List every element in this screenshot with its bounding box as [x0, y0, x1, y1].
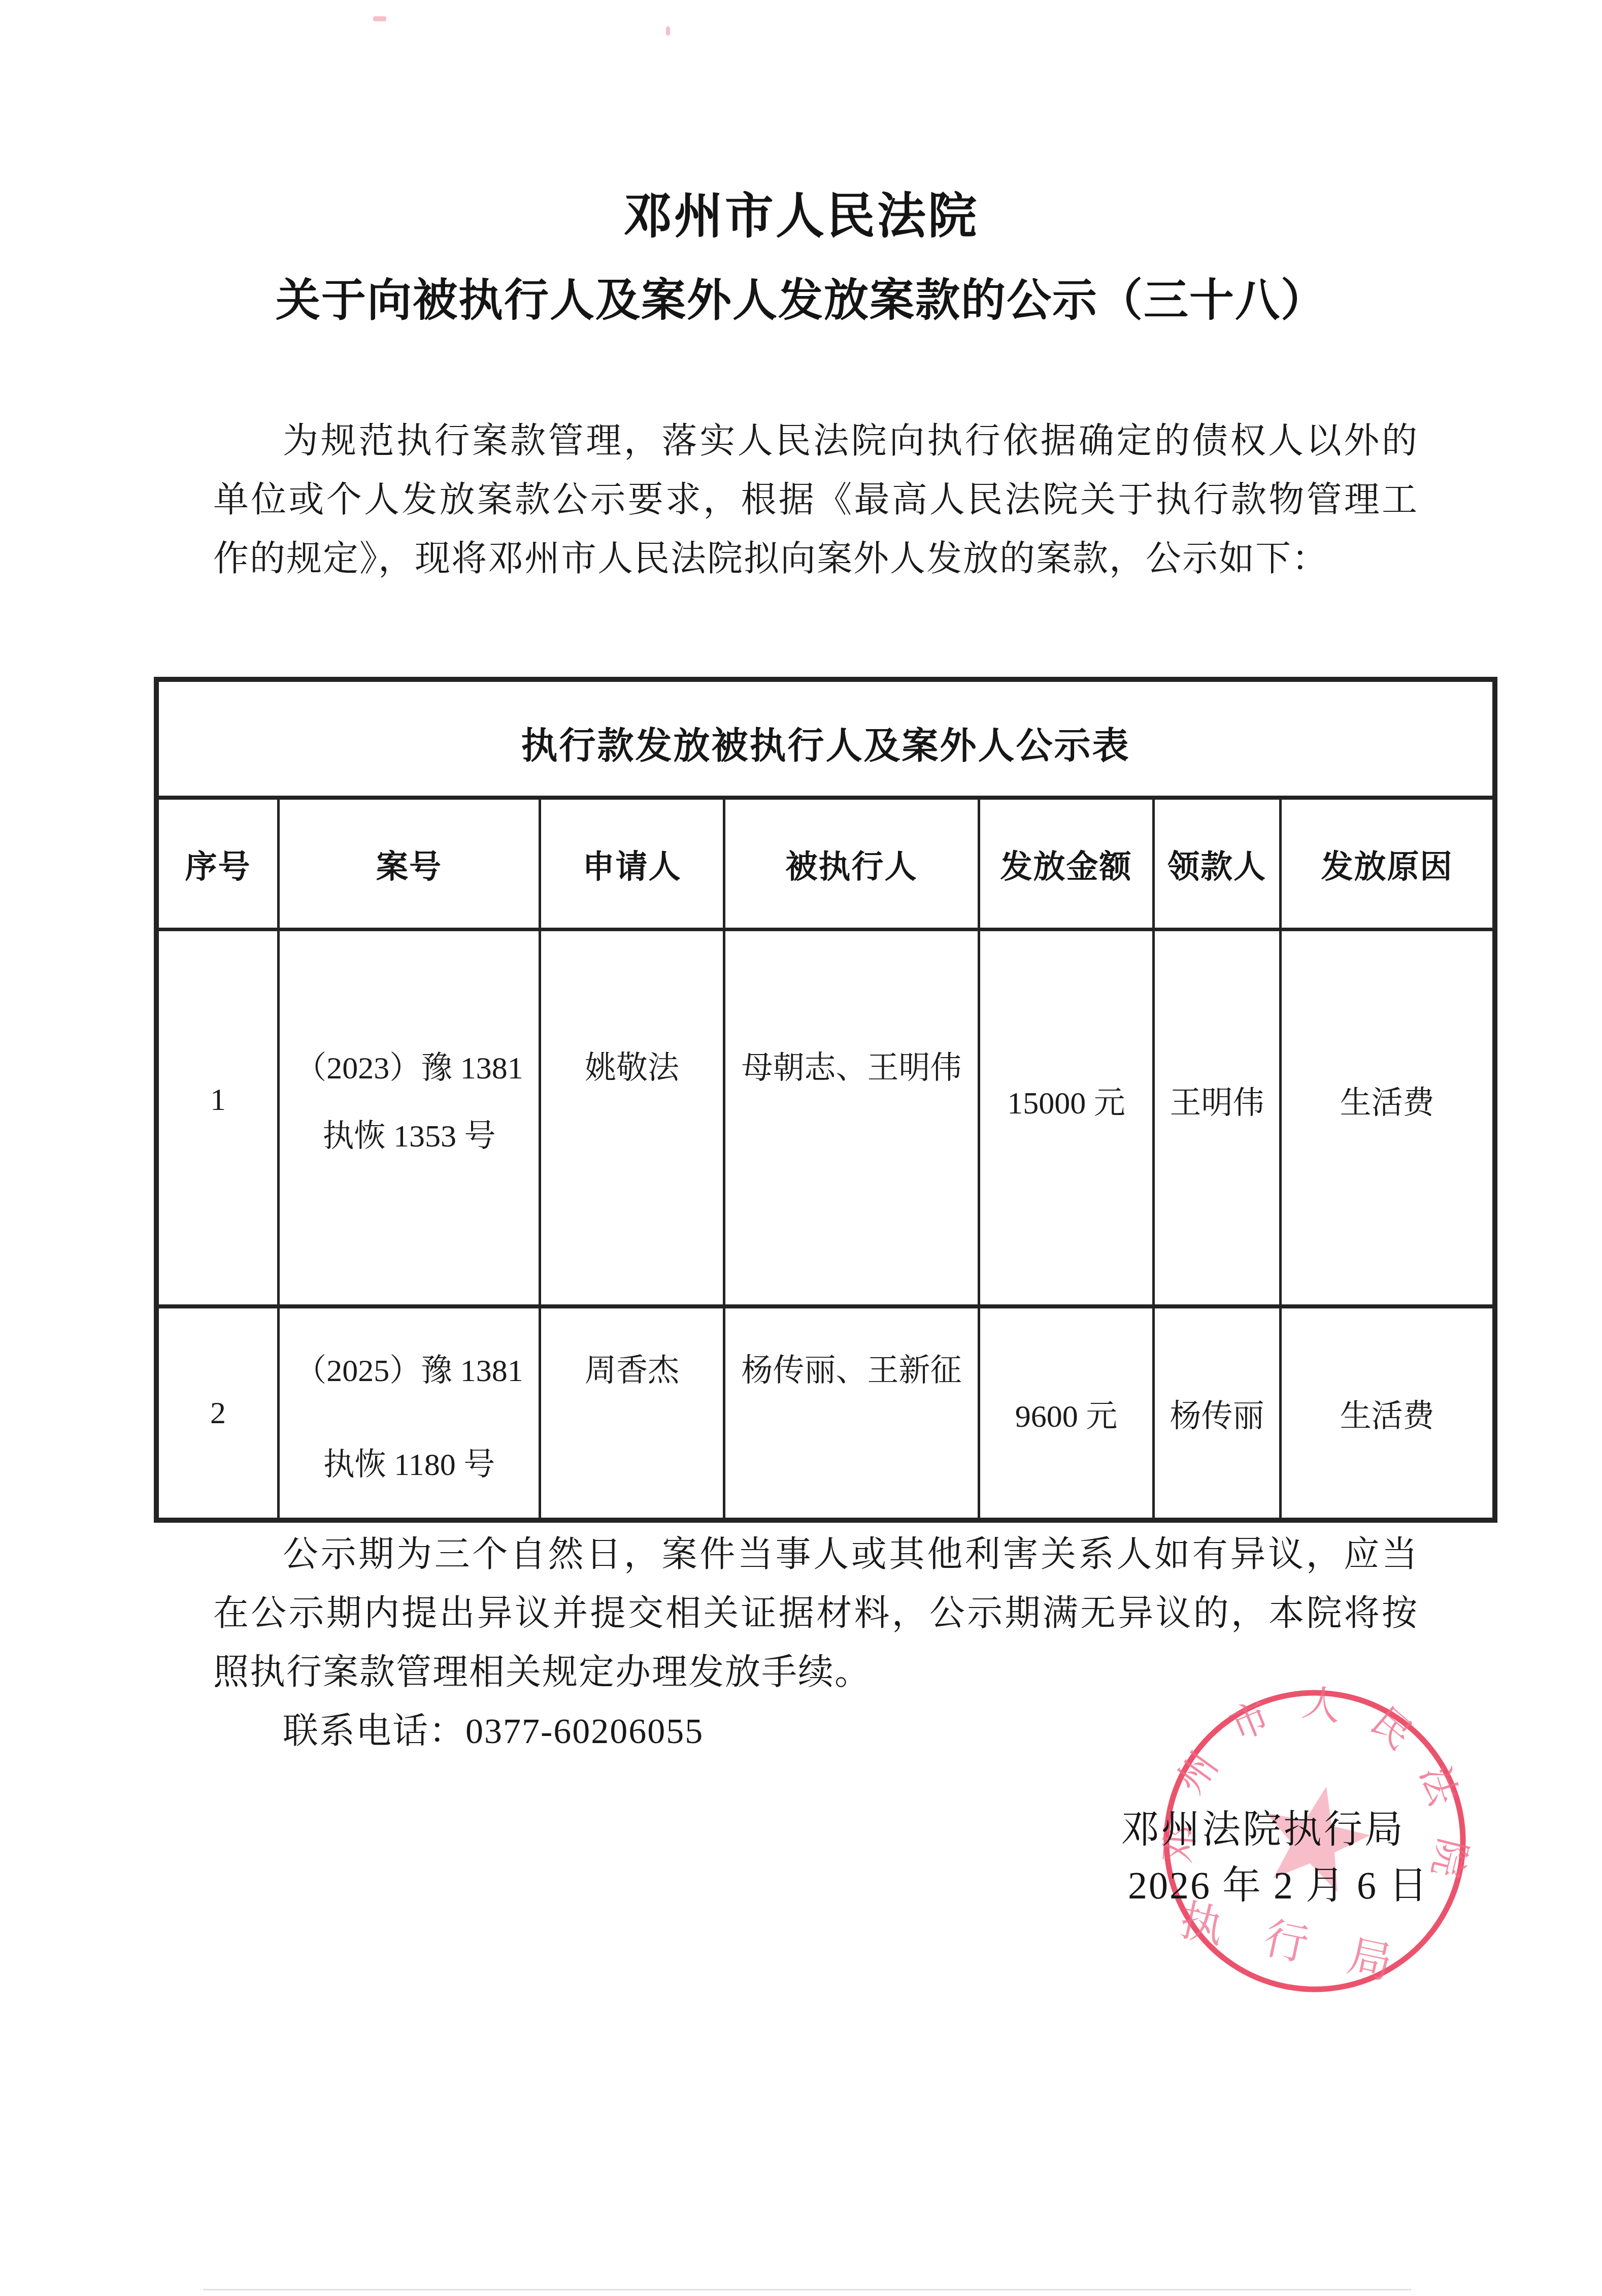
header-reason: 发放原因: [1282, 800, 1492, 928]
case-no-line2: 执恢 1180 号: [323, 1447, 495, 1483]
table-header-row: 序号 案号 申请人 被执行人 发放金额 领款人 发放原因: [159, 800, 1492, 931]
header-applicant: 申请人: [541, 800, 725, 928]
cell-case-no: （2023）豫 1381 执恢 1353 号: [280, 931, 541, 1304]
scan-artifact: [666, 26, 670, 36]
cell-payee: 杨传丽: [1155, 1308, 1282, 1518]
cell-applicant: 姚敬法: [541, 931, 725, 1304]
intro-paragraph: 为规范执行案款管理，落实人民法院向执行依据确定的债权人以外的 单位或个人发放案款…: [213, 412, 1417, 589]
cell-executee: 杨传丽、王新征: [725, 1308, 980, 1518]
case-no-line2: 执恢 1353 号: [322, 1119, 495, 1154]
cell-seq: 1: [159, 931, 280, 1304]
header-amount: 发放金额: [980, 800, 1155, 928]
signature-org: 邓州法院执行局: [1121, 1798, 1405, 1854]
table-title: 执行款发放被执行人及案外人公示表: [159, 682, 1492, 800]
header-payee: 领款人: [1155, 800, 1282, 928]
cell-reason: 生活费: [1282, 1308, 1492, 1518]
header-seq: 序号: [159, 800, 280, 928]
header-case-no: 案号: [280, 800, 541, 928]
table-row: 1 （2023）豫 1381 执恢 1353 号 姚敬法 母朝志、王明伟 150…: [159, 931, 1492, 1308]
page-title: 邓州市人民法院: [0, 190, 1602, 242]
closing-line: 在公示期内提出异议并提交相关证据材料，公示期满无异议的，本院将按: [213, 1585, 1417, 1644]
intro-line: 为规范执行案款管理，落实人民法院向执行依据确定的债权人以外的: [213, 412, 1417, 471]
cell-executee: 母朝志、王明伟: [725, 931, 980, 1304]
table-row: 2 （2025）豫 1381 执恢 1180 号 周香杰 杨传丽、王新征 960…: [159, 1308, 1492, 1518]
cell-reason: 生活费: [1282, 931, 1492, 1304]
intro-line: 作的规定》，现将邓州市人民法院拟向案外人发放的案款，公示如下：: [213, 530, 1417, 589]
cell-payee: 王明伟: [1155, 931, 1282, 1304]
cell-applicant: 周香杰: [541, 1308, 725, 1518]
case-no-line1: （2023）豫 1381: [295, 1051, 523, 1086]
cell-case-no: （2025）豫 1381 执恢 1180 号: [280, 1308, 541, 1518]
scan-artifact: [373, 16, 386, 21]
cell-seq: 2: [159, 1308, 280, 1518]
court-notice-page: 邓州市人民法院 关于向被执行人及案外人发放案款的公示（三十八） 为规范执行案款管…: [0, 0, 1602, 2296]
scan-edge: [203, 2289, 1411, 2290]
closing-line: 公示期为三个自然日，案件当事人或其他利害关系人如有异议，应当: [213, 1526, 1417, 1585]
page-subtitle: 关于向被执行人及案外人发放案款的公示（三十八）: [0, 277, 1602, 323]
intro-line: 单位或个人发放案款公示要求，根据《最高人民法院关于执行款物管理工: [213, 471, 1417, 530]
cell-amount: 15000 元: [980, 931, 1155, 1304]
signature-date: 2026 年 2 月 6 日: [1128, 1854, 1429, 1910]
case-funds-table: 执行款发放被执行人及案外人公示表 序号 案号 申请人 被执行人 发放金额 领款人…: [154, 677, 1497, 1523]
case-no-line1: （2025）豫 1381: [295, 1353, 523, 1389]
cell-amount: 9600 元: [980, 1308, 1155, 1518]
header-executee: 被执行人: [725, 800, 980, 928]
